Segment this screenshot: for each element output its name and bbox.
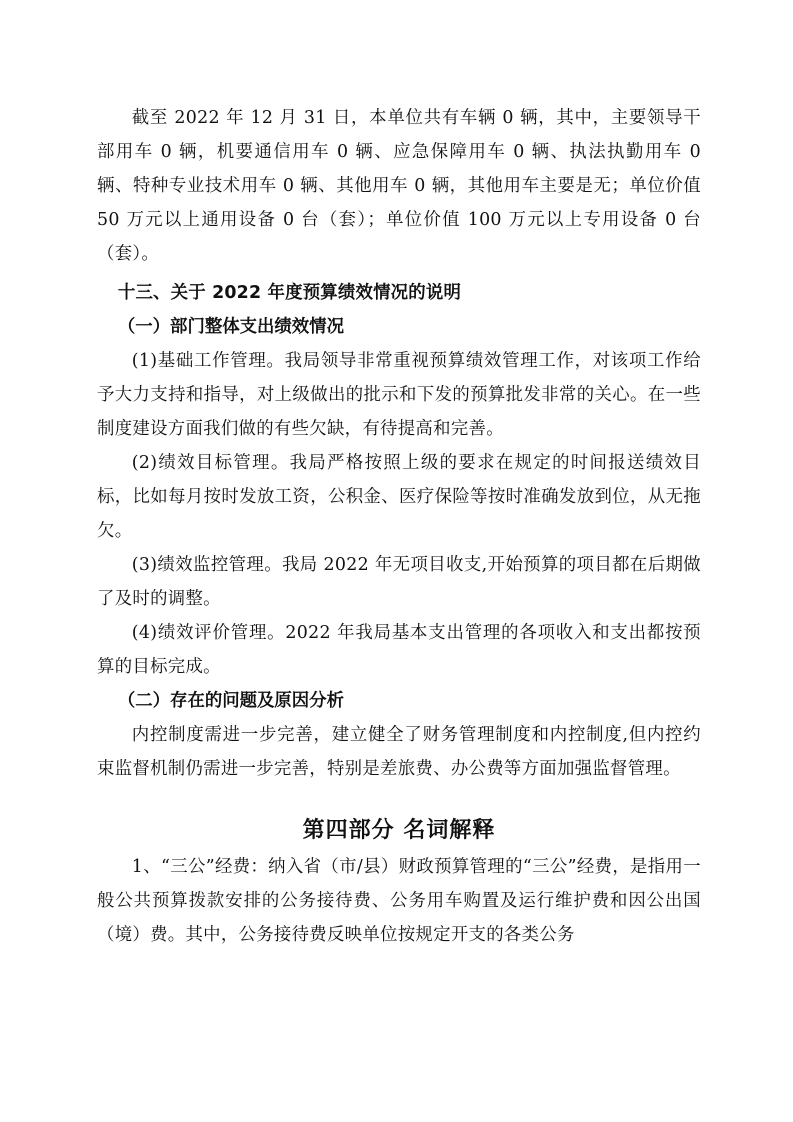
glossary-item-three-public: 1、“三公”经费：纳入省（市/县）财政预算管理的“三公”经费，是指用一般公共预算… — [97, 850, 701, 952]
item-monitoring-management: (3)绩效监控管理。我局 2022 年无项目收支,开始预算的项目都在后期做了及时… — [97, 548, 701, 616]
item-evaluation-management: (4)绩效评价管理。2022 年我局基本支出管理的各项收入和支出都按预算的目标完… — [97, 616, 701, 684]
document-page: 截至 2022 年 12 月 31 日，本单位共有车辆 0 辆，其中，主要领导干… — [97, 101, 701, 952]
item-target-management: (2)绩效目标管理。我局严格按照上级的要求在规定的时间报送绩效目标，比如每月按时… — [97, 446, 701, 548]
part-4-title: 第四部分 名词解释 — [97, 814, 701, 848]
vehicle-assets-paragraph: 截至 2022 年 12 月 31 日，本单位共有车辆 0 辆，其中，主要领导干… — [97, 101, 701, 271]
problems-paragraph: 内控制度需进一步完善，建立健全了财务管理制度和内控制度,但内控约束监督机制仍需进… — [97, 718, 701, 786]
item-basic-management: (1)基础工作管理。我局领导非常重视预算绩效管理工作，对该项工作给予大力支持和指… — [97, 344, 701, 446]
section-13-heading: 十三、关于 2022 年度预算绩效情况的说明 — [97, 276, 701, 310]
subsection-1-heading: （一）部门整体支出绩效情况 — [97, 310, 701, 344]
subsection-2-heading: （二）存在的问题及原因分析 — [97, 684, 701, 718]
